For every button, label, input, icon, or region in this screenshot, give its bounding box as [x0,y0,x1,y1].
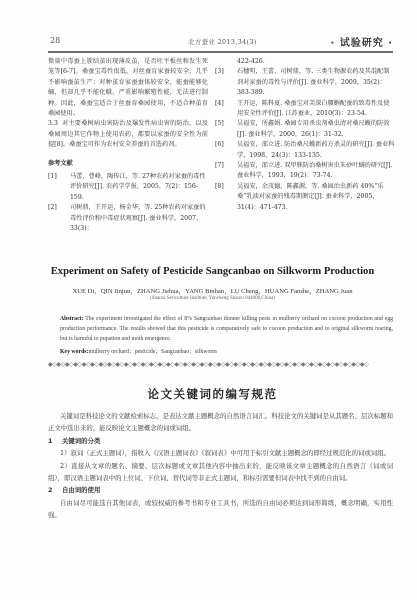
english-title: Experiment on Safety of Pesticide Sangca… [40,266,385,277]
section-label: · 试验研究 · [330,34,393,49]
reference-number: [8] [215,182,237,213]
reference-text: 吴福安，邵立进. 双甲脒防治桑树害虫朱砂叶螨的研究[J]. 蚕业科学，1993，… [237,161,395,182]
english-authors: XUE Di，QIN Jinjun，ZHANG Jiehua，YANG Binh… [40,285,385,295]
reference-number: [6] [215,140,237,161]
journal-name: 北方蚕业 2013,34(3) [188,37,257,46]
notice-section-heading: 1关键词的分类 [48,435,393,447]
section-number: 1 [48,435,62,447]
abstract-text: The experiment investigated the effect o… [60,316,393,342]
reference-text: 司树鼎，王开运，杨金华，等. 25种农药对家蚕的毒性评价和中毒症状观察[J]. … [70,203,208,234]
references-heading: 参考文献 [48,159,208,169]
reference-item: [6] 吴福安，邵立进. 防治桑尺蠖新药方杀灵的研究[J]. 蚕业科学，1998… [215,140,395,161]
reference-item: [8] 吴福安，余茂德，陈鑫源，等. 桑园治虫新药 40%“乐桑”乳油对家蚕的残… [215,182,395,213]
reference-item: [3] 石穗明，王蕾，司树鼎，等. 三类生物源农药及其混配制剂对家蚕的毒性与评价… [215,67,395,98]
reference-number: [7] [215,161,237,182]
reference-continuation: 422-426. [215,57,395,67]
english-keywords: Key words:mulberry orchard；pesticide；San… [60,346,393,355]
left-column: 微量中毒蚕上簇结茧出现薄皮茧，是否吐平板丝和发生死笼等[6-7]。桑蚕宝毒性很低… [48,57,208,235]
subsection-number: 3.3 [48,120,58,127]
section-number: 2 [48,484,62,496]
notice-section-heading: 2自由词的使用 [48,484,393,496]
right-column: 422-426. [3] 石穗明，王蕾，司树鼎，等. 三类生物源农药及其混配制剂… [215,57,395,213]
reference-text: 王开运，陈科夏. 桑蚕宝对芙深白腰蝌配蚕的致毒性及使用安全性评价[J]. 江苏蚕… [237,99,395,120]
keywords-text: mulberry orchard；pesticide；Sangcanbao；si… [89,349,217,355]
notice-item: 2）直接从文章的题名、摘要、层次标题或文章其他内容中抽出来的，能反映该文章主题概… [48,460,393,485]
reference-item: [7] 吴福安，邵立进. 双甲脒防治桑树害虫朱砂叶螨的研究[J]. 蚕业科学，1… [215,161,395,182]
reference-text: 石穗明，王蕾，司树鼎，等. 三类生物源农药及其混配制剂对家蚕的毒性与评价[J].… [237,67,395,98]
notice-title: 论文关键词的编写规范 [40,386,385,402]
reference-item: [5] 吴福安，所鑫娟. 桑园专用杀虫剂桑虫清对桑尺蠖的防效[J]. 蚕业科学，… [215,119,395,140]
reference-number: [2] [48,203,70,234]
decorative-divider: ◆◇◆◇◆◇◆◇◆◇◆◇◆◇◆◇◆◇◆◇◆◇◆◇◆◇◆◇◆◇◆◇◆◇◆◇◆◇◆◇… [48,362,393,368]
reference-text: 422-426. [237,57,395,67]
body-paragraph: 微量中毒蚕上簇结茧出现薄皮茧，是否吐平板丝和发生死笼等[6-7]。桑蚕宝毒性很低… [48,57,208,119]
english-abstract: Abstract: The experiment investigated th… [60,314,393,344]
notice-intro: 关键词是科技论文的文献检索标志，是表达文献主题概念的自然语言词汇。科技论文的关键… [48,410,393,435]
reference-spacer [215,57,237,67]
reference-item: [1] 马蕾，曹峰，陶传江，等. 27种农药对家蚕的毒性评价研究[J]. 农药学… [48,172,208,203]
section-title: 关键词的分类 [62,437,100,445]
subsection-text: 对主要桑树病虫害防治及爆发性病虫害的防治，以及桑园周边其它作物上使用农药，都要以… [48,120,208,148]
header-rule [48,51,393,53]
reference-text: 吴福安，余茂德，陈鑫源，等. 桑园治虫新药 40%“乐桑”乳油对家蚕的残毒期测定… [237,182,395,213]
page-header: 28 北方蚕业 2013,34(3) · 试验研究 · [48,36,393,52]
section-title: 自由词的使用 [62,486,100,494]
journal-page: 28 北方蚕业 2013,34(3) · 试验研究 · 微量中毒蚕上簇结茧出现薄… [0,0,417,600]
english-affiliation: (Shanxi Sericulture Institute, Yuncheng … [40,296,385,301]
reference-item: [2] 司树鼎，王开运，杨金华，等. 25种农药对家蚕的毒性评价和中毒症状观察[… [48,203,208,234]
reference-number: [5] [215,119,237,140]
page-number: 28 [50,36,60,45]
reference-number: [4] [215,99,237,120]
notice-item: 1）叙词（正式主题词），指收入《汉语主题词表》《叙词表》中可用于标引文献主题概念… [48,447,393,459]
reference-number: [1] [48,172,70,203]
reference-item: [4] 王开运，陈科夏. 桑蚕宝对芙深白腰蝌配蚕的致毒性及使用安全性评价[J].… [215,99,395,120]
abstract-label: Abstract: [60,316,84,322]
reference-text: 马蕾，曹峰，陶传江，等. 27种农药对家蚕的毒性评价研究[J]. 农药学学报，2… [70,172,208,203]
notice-body: 关键词是科技论文的文献检索标志，是表达文献主题概念的自然语言词汇。科技论文的关键… [48,410,393,522]
body-paragraph-3-3: 3.3 对主要桑树病虫害防治及爆发性病虫害的防治，以及桑园周边其它作物上使用农药… [48,119,208,150]
notice-item: 自由词尽可能选自其他词表，或较权威的参考书和专业工具书，所选的自由词必须达到词形… [48,497,393,522]
reference-number: [3] [215,67,237,98]
reference-text: 吴福安，所鑫娟. 桑园专用杀虫剂桑虫清对桑尺蠖的防效[J]. 蚕业科学，2000… [237,119,395,140]
reference-text: 吴福安，邵立进. 防治桑尺蠖新药方杀灵的研究[J]. 蚕业科学，1998，24(… [237,140,395,161]
keywords-label: Key words: [60,349,89,355]
